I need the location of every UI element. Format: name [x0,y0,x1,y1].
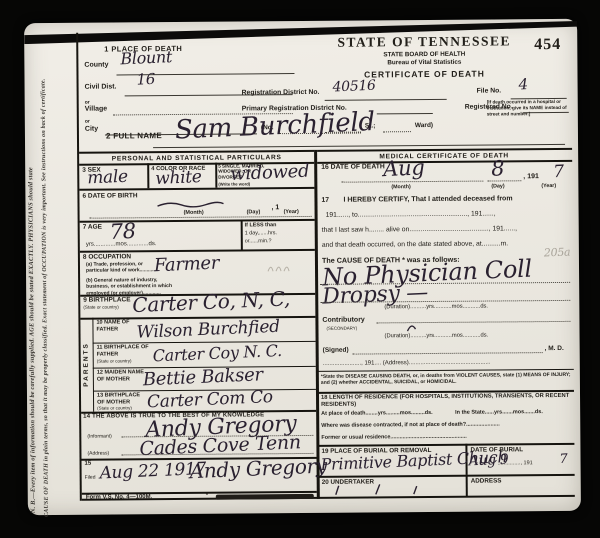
undertaker-address-label: ADDRESS [471,477,502,485]
mother-maiden-name-label: 12 MAIDEN NAME OF MOTHER [97,369,149,383]
death-month-value: Aug [383,157,425,180]
form-star: * [206,493,208,500]
registration-district-fill [325,99,447,101]
village-label: Village [85,106,108,115]
death-month-hint: (Month) [391,184,410,190]
cell-divider [215,163,217,188]
full-name-label: 2 FULL NAME [106,131,162,141]
hospital-note: [If death occurred in a hospital or inst… [487,99,573,117]
signed-label: (Signed) [323,347,349,355]
date-of-burial-year: 7 [559,453,568,466]
dob-year-prefix: , 1 [272,204,280,212]
scanned-document-page: { "margin": { "note1": "N. B.—Every item… [0,0,600,538]
residence-where-contracted-line: Where was disease contracted, if not at … [321,421,500,429]
father-birthplace-label: 11 BIRTHPLACE OF FATHER [97,344,149,358]
filed-label: Filed [85,475,96,481]
birthplace-label: 9 BIRTHPLACE [83,296,130,304]
divider [80,249,315,252]
county-value: Blount [120,49,172,67]
divider [79,187,314,190]
ink-marks [328,482,458,497]
age-less-line1: If LESS than [245,222,277,229]
civil-district-label: Civil Dist. [85,83,117,92]
cause-footnote: *State the DISEASE CAUSING DEATH, or, in… [321,372,573,386]
county-label: County [84,62,108,71]
form-number: Form V.S. No. 4—100M. [86,494,153,502]
date-of-burial-mid: ..............., 191 [498,460,533,467]
margin-instructions-line1: N. B.—Every item of information should b… [26,53,37,513]
file-no-label: File No. [477,87,502,95]
occupation-a-label: (a) Trade, profession, or particular kin… [86,261,164,274]
informant-address-hint: (Address) [87,451,109,457]
divider [318,443,574,447]
primary-registration-fill [377,113,433,114]
state-title: STATE OF TENNESSEE [324,33,524,51]
date-of-birth-label: 6 DATE OF BIRTH [82,192,137,200]
length-of-residence-label: 18 LENGTH OF RESIDENCE (FOR HOSPITALS, I… [321,393,571,409]
father-birthplace-hint: (State or country) [97,358,132,364]
contributory-label: Contributory [322,317,364,326]
signed-md-suffix: , M. D. [545,345,564,353]
death-year-value: 7 [553,164,564,181]
date-of-death-label: 16 DATE OF DEATH [321,163,385,172]
age-less-line2: 1 day,......hrs. [245,230,277,237]
death-certificate-card: N. B.—Every item of information should b… [24,19,581,515]
dob-year-hint: (Year) [284,209,299,216]
certify-line4: and that death occurred, on the date sta… [322,240,508,250]
registration-district-value: 40516 [332,79,376,95]
cell-divider [241,219,243,249]
pencil-annotation: 205a [544,246,571,258]
city-label: City [85,126,98,134]
certify-line2: 191......, to...........................… [326,210,496,219]
contributory-duration-line: (Duration)..........yrs...........mos...… [385,333,489,341]
death-day-fill [487,180,521,181]
mother-birthplace-hint: (State or country) [97,405,132,411]
death-year-prefix: , 191 [523,173,539,182]
parents-group-label: PARENTS [79,318,93,412]
certify-number: 17 [321,197,329,205]
filed-row-number: 15 [85,461,92,468]
age-value: 78 [109,221,136,243]
marital-status-value: widowed [230,163,310,184]
mother-birthplace-label: 13 BIRTHPLACE OF MOTHER [97,392,149,406]
mother-maiden-name-value: Bettie Bakser [143,366,264,389]
civil-district-value: 16 [136,72,155,88]
age-label: 7 AGE [83,224,102,232]
signed-fill [353,352,543,354]
ink-tick [404,320,418,334]
informant-hint: (Informant) [87,434,111,440]
signed-address-line: ......................., 191.... (Addres… [323,360,491,369]
dob-day-hint: (Day) [247,209,261,216]
father-name-value: Wilson Burchfied [136,319,280,342]
registration-district-label: Registration District No. [242,89,320,98]
father-birthplace-value: Carter Coy N. C. [152,343,282,365]
occupation-label: 8 OCCUPATION [83,253,131,261]
residence-former-line: Former or usual residence...............… [321,434,467,442]
death-day-hint: (Day) [491,183,504,189]
color-race-value: white [155,169,202,188]
file-no-value: 4 [518,77,528,92]
ward-fill [383,131,411,132]
registrar-signature: Andy Gregory [189,455,327,481]
age-units-line: yrs.............mos.............ds. [86,241,157,249]
certify-lead-line: I HEREBY CERTIFY, That I attended deceas… [343,195,512,205]
death-day-value: 8 [491,158,505,180]
ward-label: Ward) [415,122,433,130]
certificate-serial-number: 454 [534,35,561,54]
occupation-value: Farmer [154,255,220,276]
divider [319,474,575,478]
full-name-value: Sam Burchfield [174,109,375,144]
sex-value: male [87,169,128,188]
mother-birthplace-value: Carter Com Co [147,389,273,411]
age-less-line3: or......min.? [245,238,272,245]
cause-duration-line: (Duration)..........yrs...........mos...… [384,304,488,312]
undertaker-cell-divider [466,475,468,497]
death-month-fill [341,181,483,183]
residence-in-state-line: In the State......yrs.......mos.......ds… [455,409,543,416]
form-left-border [76,33,82,501]
birthplace-value: Carter Co, N, C, [132,288,290,315]
certify-line3: that I last saw h........ alive on......… [322,225,517,235]
ink-squiggle [155,200,225,211]
contributory-hint: (SECONDARY) [326,326,357,332]
fine-print-smudge [216,494,314,499]
dob-month-hint: (Month) [184,210,204,217]
death-year-hint: (Year) [541,183,556,189]
birthplace-hint: (State or country) [83,304,119,310]
residence-at-place-line: At place of death........yrs.........mos… [321,410,433,417]
cell-divider [147,163,149,188]
bureau-subtitle: Bureau of Vital Statistics [324,58,524,67]
or-label-2: or [85,119,90,125]
medical-section-title: MEDICAL CERTIFICATE OF DEATH [317,148,572,164]
margin-instructions-line2: CAUSE OF DEATH in plain terms, so that i… [40,49,50,517]
pencil-scribble [264,261,294,273]
